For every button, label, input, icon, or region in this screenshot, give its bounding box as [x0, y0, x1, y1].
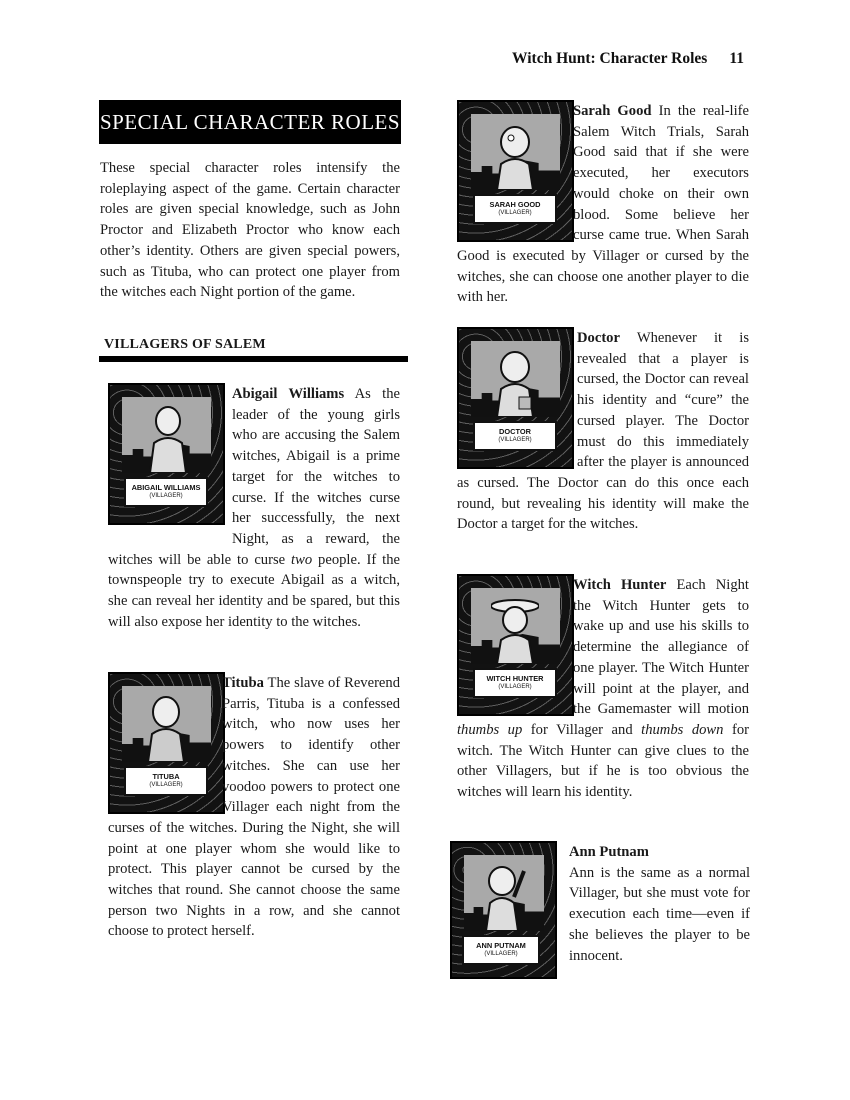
role-description-abigail: Abigail Williams As the leader of the yo…	[108, 384, 400, 632]
page-number: 11	[729, 50, 744, 67]
role-description-witch-hunter: Witch Hunter Each Night the Witch Hunter…	[457, 575, 749, 803]
ann-putnam-portrait-icon	[480, 861, 528, 931]
section-title-banner: SPECIAL CHARACTER ROLES	[99, 100, 401, 144]
intro-paragraph: These special character roles intensify …	[100, 158, 400, 303]
role-name: Doctor	[577, 330, 620, 346]
role-name: Tituba	[222, 675, 264, 691]
running-title: Witch Hunt: Character Roles	[512, 50, 707, 67]
subsection-heading: Villagers of Salem	[104, 337, 266, 353]
role-name: Abigail Williams	[232, 386, 344, 402]
subsection-rule	[99, 356, 408, 362]
section-title: SPECIAL CHARACTER ROLES	[100, 110, 400, 135]
character-card-ann-putnam: ANN PUTNAM (VILLAGER)	[450, 841, 557, 979]
role-description-tituba: Tituba The slave of Reverend Parris, Tit…	[108, 673, 400, 942]
role-description-doctor: Doctor Whenever it is revealed that a pl…	[457, 328, 749, 535]
role-description-sarah-good: Sarah Good In the real-life Salem Witch …	[457, 101, 749, 308]
role-name: Ann Putnam	[569, 842, 750, 863]
role-name: Witch Hunter	[573, 577, 666, 593]
card-nameplate: ANN PUTNAM (VILLAGER)	[462, 935, 540, 965]
role-description-ann-putnam: Ann PutnamAnn is the same as a normal Vi…	[569, 842, 750, 966]
role-name: Sarah Good	[573, 103, 651, 119]
running-header: Witch Hunt: Character Roles11	[512, 50, 744, 68]
